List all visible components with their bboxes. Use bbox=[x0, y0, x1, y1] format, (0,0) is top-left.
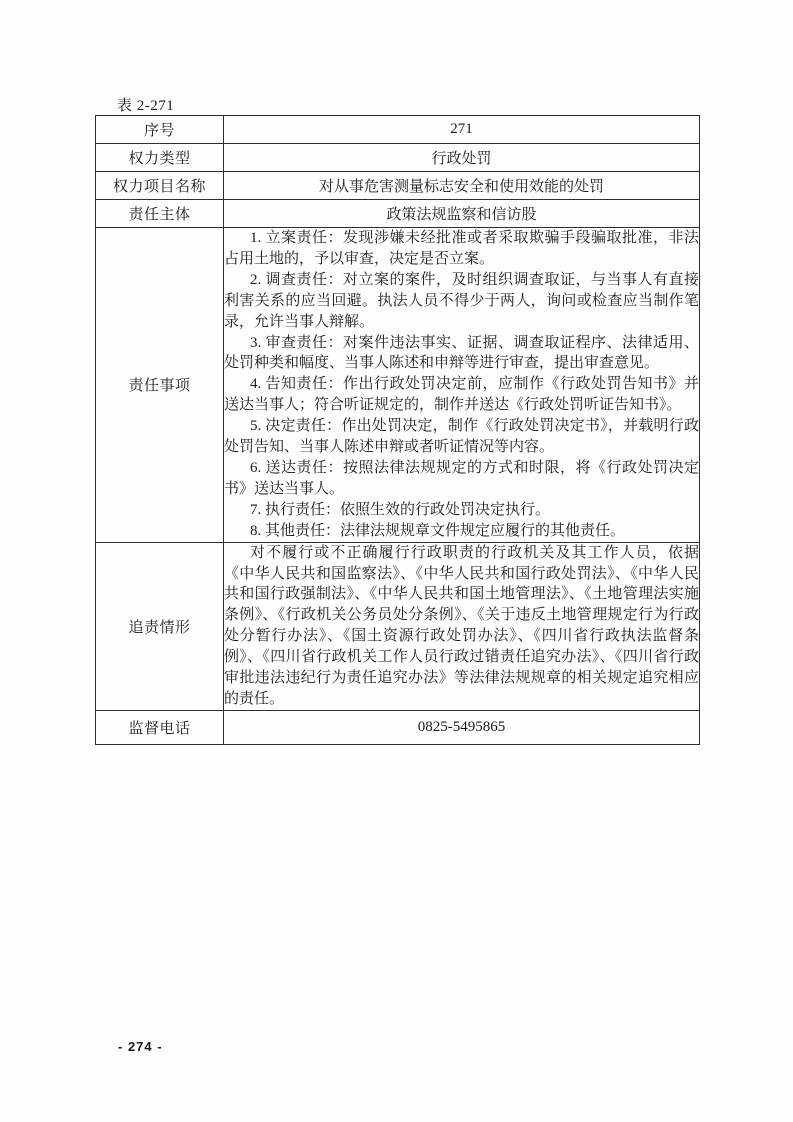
table-row: 监督电话 0825-5495865 bbox=[96, 710, 700, 744]
paragraph: 3. 审查责任：对案件违法事实、证据、调查取证程序、法律适用、处罚种类和幅度、当… bbox=[224, 333, 699, 375]
row-label-power-type: 权力类型 bbox=[96, 144, 224, 172]
paragraph: 6. 送达责任：按照法律法规规定的方式和时限，将《行政处罚决定书》送达当事人。 bbox=[224, 458, 699, 500]
row-label-supervision-phone: 监督电话 bbox=[96, 710, 224, 744]
power-item-name-value: 对从事危害测量标志安全和使用效能的处罚 bbox=[224, 172, 700, 200]
table-row: 权力项目名称 对从事危害测量标志安全和使用效能的处罚 bbox=[96, 172, 700, 200]
power-type-value: 行政处罚 bbox=[224, 144, 700, 172]
accountability-situations-text: 对不履行或不正确履行行政职责的行政机关及其工作人员，依据《中华人民共和国监察法》… bbox=[224, 542, 700, 710]
table-row: 追责情形 对不履行或不正确履行行政职责的行政机关及其工作人员，依据《中华人民共和… bbox=[96, 542, 700, 710]
row-label-power-item-name: 权力项目名称 bbox=[96, 172, 224, 200]
row-label-responsible-entity: 责任主体 bbox=[96, 200, 224, 228]
paragraph: 对不履行或不正确履行行政职责的行政机关及其工作人员，依据《中华人民共和国监察法》… bbox=[224, 543, 699, 710]
row-label-serial-number: 序号 bbox=[96, 116, 224, 144]
serial-number-value: 271 bbox=[224, 116, 700, 144]
power-item-table: 序号 271 权力类型 行政处罚 权力项目名称 对从事危害测量标志安全和使用效能… bbox=[95, 115, 700, 745]
responsibility-items-text: 1. 立案责任：发现涉嫌未经批准或者采取欺骗手段骗取批准，非法占用土地的，予以审… bbox=[224, 228, 700, 543]
row-label-responsibility-items: 责任事项 bbox=[96, 228, 224, 543]
supervision-phone-value: 0825-5495865 bbox=[224, 710, 700, 744]
paragraph: 2. 调查责任：对立案的案件，及时组织调查取证，与当事人有直接利害关系的应当回避… bbox=[224, 270, 699, 333]
table-row: 权力类型 行政处罚 bbox=[96, 144, 700, 172]
document-page: 表 2-271 序号 271 权力类型 行政处罚 权力项目名称 对从事危害测量标… bbox=[0, 0, 793, 1122]
table-row: 责任事项 1. 立案责任：发现涉嫌未经批准或者采取欺骗手段骗取批准，非法占用土地… bbox=[96, 228, 700, 543]
responsible-entity-value: 政策法规监察和信访股 bbox=[224, 200, 700, 228]
paragraph: 5. 决定责任：作出处罚决定，制作《行政处罚决定书》，并载明行政处罚告知、当事人… bbox=[224, 416, 699, 458]
row-label-accountability-situations: 追责情形 bbox=[96, 542, 224, 710]
table-caption: 表 2-271 bbox=[117, 94, 174, 115]
page-number: - 274 - bbox=[118, 1039, 163, 1054]
table-row: 责任主体 政策法规监察和信访股 bbox=[96, 200, 700, 228]
paragraph: 8. 其他责任：法律法规规章文件规定应履行的其他责任。 bbox=[224, 521, 699, 542]
paragraph: 4. 告知责任：作出行政处罚决定前，应制作《行政处罚告知书》并送达当事人；符合听… bbox=[224, 374, 699, 416]
table-row: 序号 271 bbox=[96, 116, 700, 144]
paragraph: 1. 立案责任：发现涉嫌未经批准或者采取欺骗手段骗取批准，非法占用土地的，予以审… bbox=[224, 228, 699, 270]
paragraph: 7. 执行责任：依照生效的行政处罚决定执行。 bbox=[224, 500, 699, 521]
